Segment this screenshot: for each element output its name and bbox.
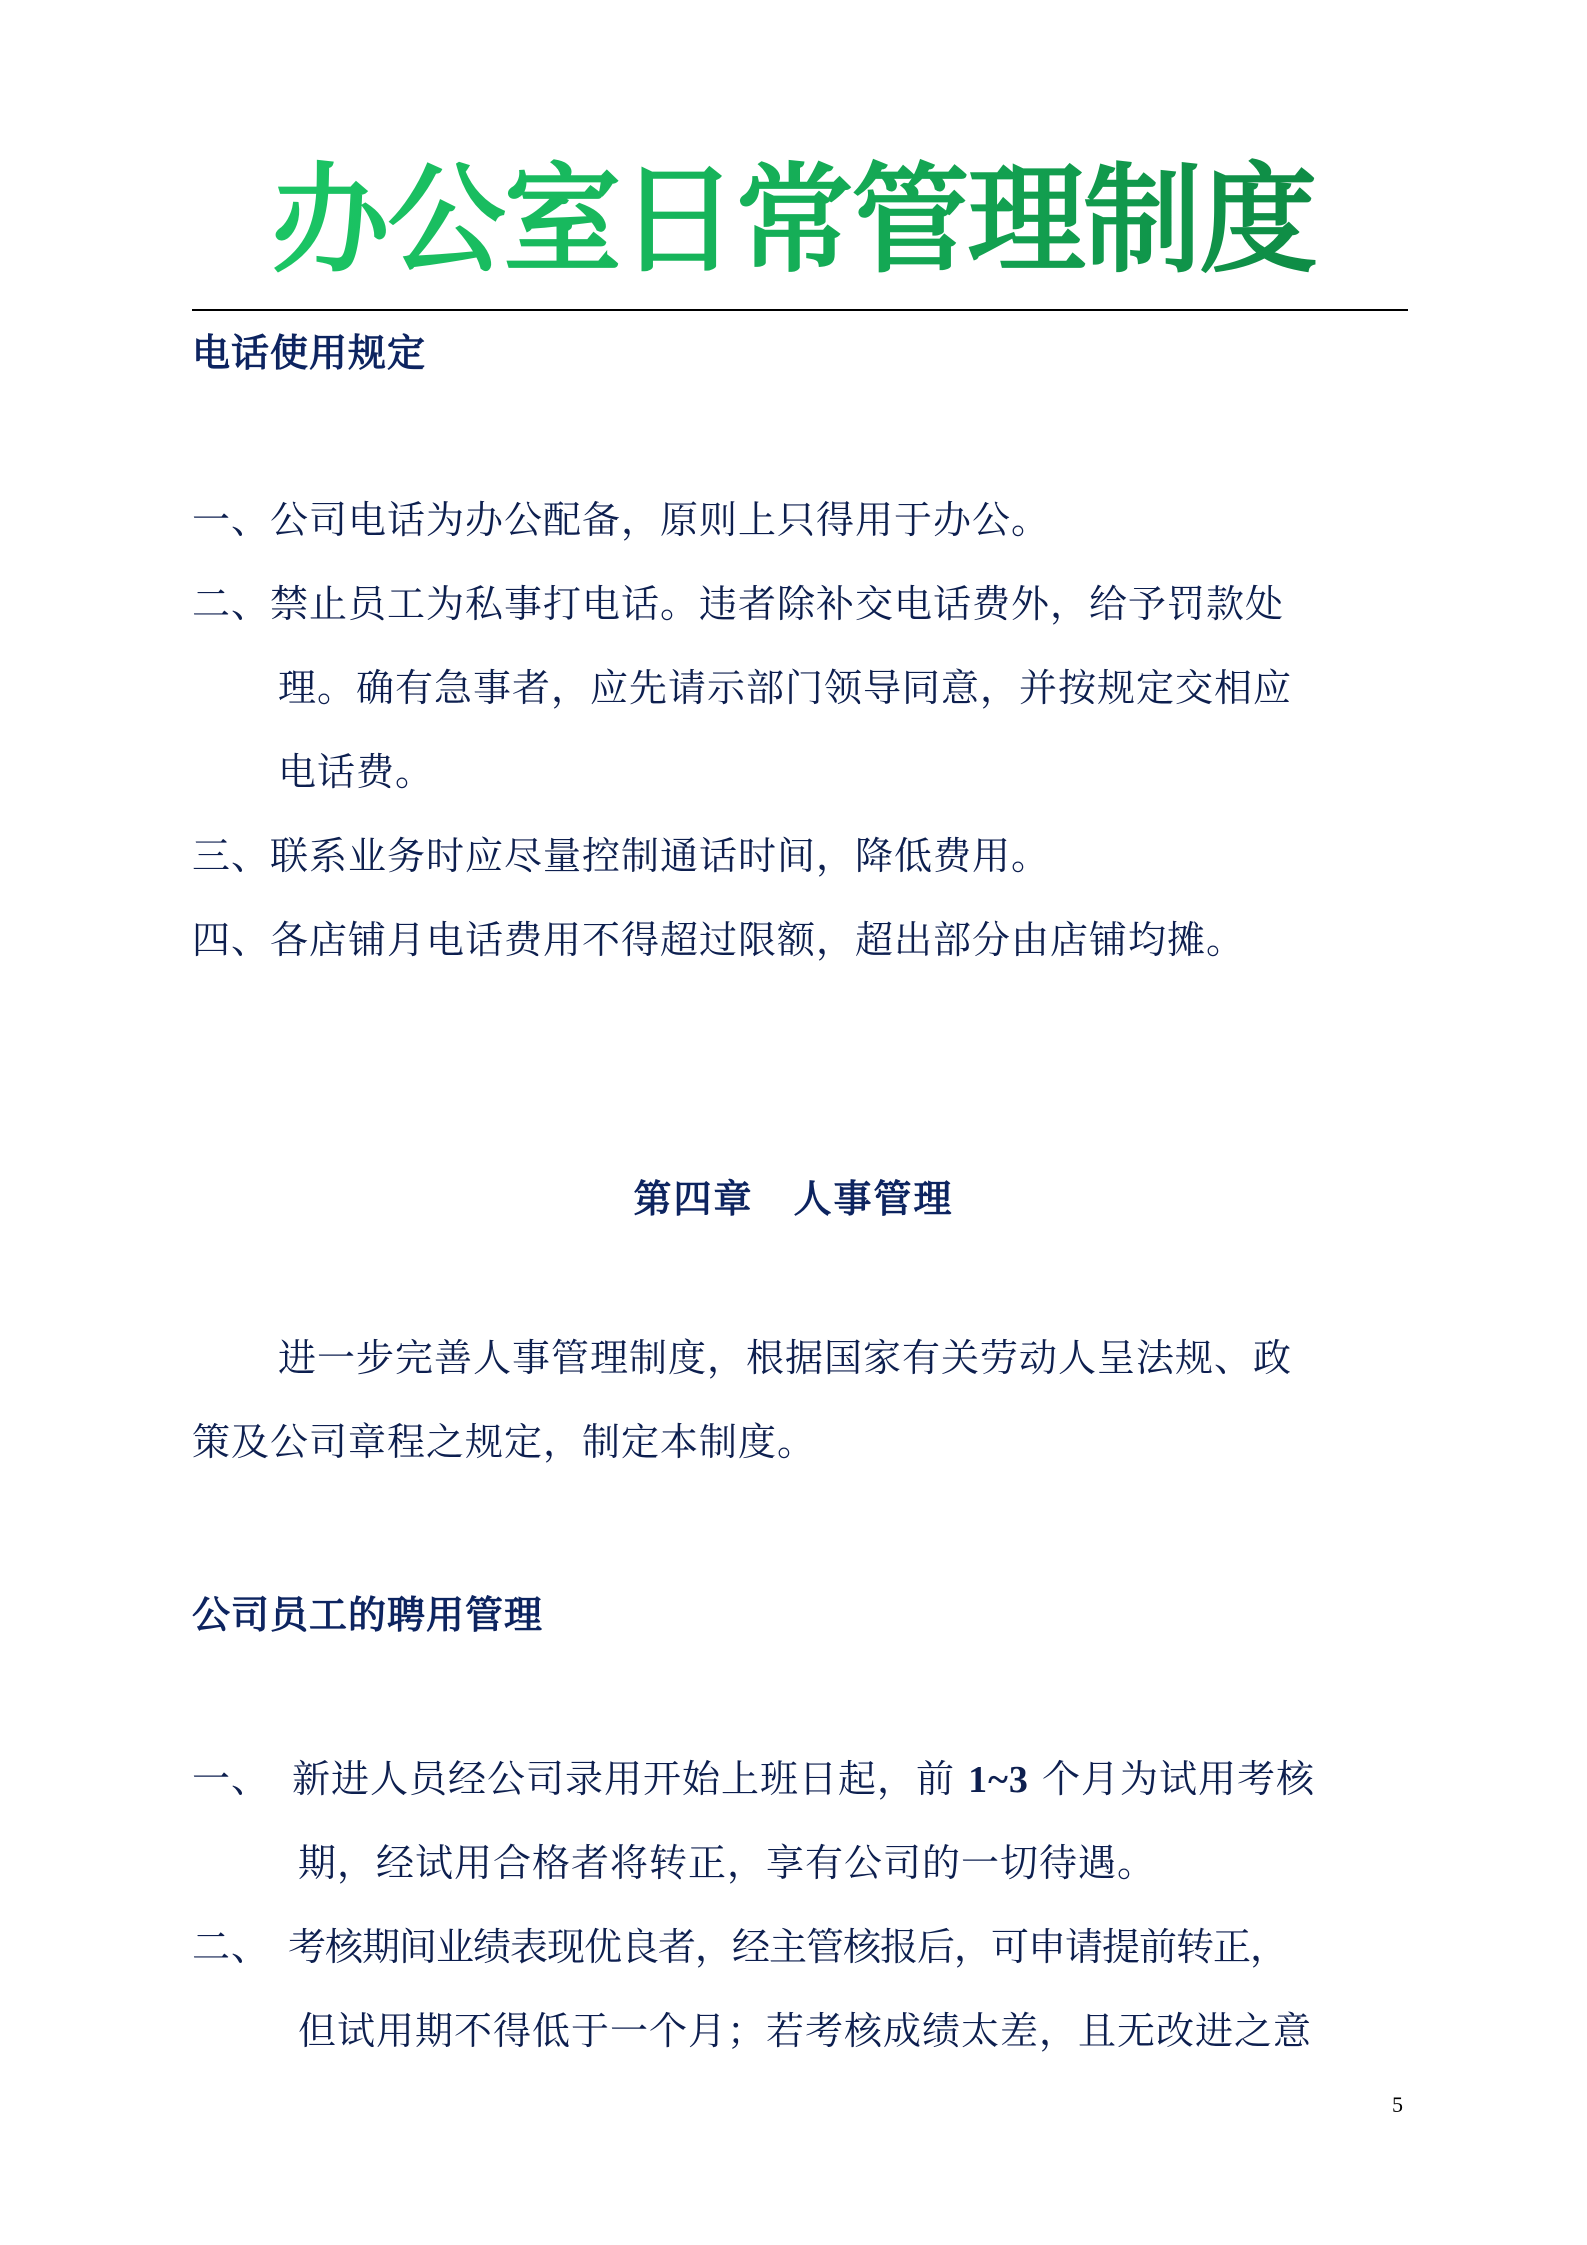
chapter-intro-line-1: 进一步完善人事管理制度，根据国家有关劳动人呈法规、政	[278, 1316, 1292, 1400]
item-text-bold: 1~3	[968, 1759, 1029, 1801]
item-text: 公司电话为办公配备，原则上只得用于办公。	[270, 498, 1050, 542]
hiring-item-2: 二、考核期间业绩表现优良者，经主管核报后，可申请提前转正，	[192, 1905, 1287, 1989]
document-title: 办公室日常管理制度	[0, 150, 1587, 290]
item-marker: 二、	[192, 582, 270, 626]
chapter-heading: 第四章 人事管理	[0, 1168, 1587, 1223]
section-heading-hiring: 公司员工的聘用管理	[192, 1584, 543, 1639]
item-marker: 四、	[192, 918, 270, 962]
item-text: 个月为试用考核	[1029, 1757, 1315, 1801]
phone-item-2: 二、禁止员工为私事打电话。违者除补交电话费外，给予罚款处	[192, 562, 1284, 646]
section-heading-phone: 电话使用规定	[192, 322, 426, 377]
phone-item-4: 四、各店铺月电话费用不得超过限额，超出部分由店铺均摊。	[192, 898, 1245, 982]
item-text: 各店铺月电话费用不得超过限额，超出部分由店铺均摊。	[270, 918, 1245, 962]
item-marker: 一、	[192, 498, 270, 542]
item-marker: 二、	[192, 1905, 288, 1989]
item-marker: 三、	[192, 834, 270, 878]
title-divider	[192, 309, 1408, 311]
item-marker: 一、	[192, 1737, 292, 1821]
hiring-item-1: 一、新进人员经公司录用开始上班日起，前 1~3 个月为试用考核	[192, 1737, 1315, 1822]
item-text: 禁止员工为私事打电话。违者除补交电话费外，给予罚款处	[270, 582, 1284, 626]
hiring-item-1-line-2: 期，经试用合格者将转正，享有公司的一切待遇。	[298, 1821, 1156, 1905]
phone-item-2-line-3: 电话费。	[278, 730, 434, 814]
phone-item-2-line-2: 理。确有急事者，应先请示部门领导同意，并按规定交相应	[278, 646, 1292, 730]
page-number: 5	[1392, 2092, 1403, 2118]
hiring-item-2-line-2: 但试用期不得低于一个月；若考核成绩太差，且无改进之意	[298, 1989, 1312, 2073]
item-text: 联系业务时应尽量控制通话时间，降低费用。	[270, 834, 1050, 878]
item-text: 考核期间业绩表现优良者，经主管核报后，可申请提前转正，	[288, 1925, 1287, 1969]
item-text: 新进人员经公司录用开始上班日起，前	[292, 1757, 968, 1801]
phone-item-1: 一、公司电话为办公配备，原则上只得用于办公。	[192, 478, 1050, 562]
chapter-intro-line-2: 策及公司章程之规定，制定本制度。	[192, 1400, 816, 1484]
phone-item-3: 三、联系业务时应尽量控制通话时间，降低费用。	[192, 814, 1050, 898]
